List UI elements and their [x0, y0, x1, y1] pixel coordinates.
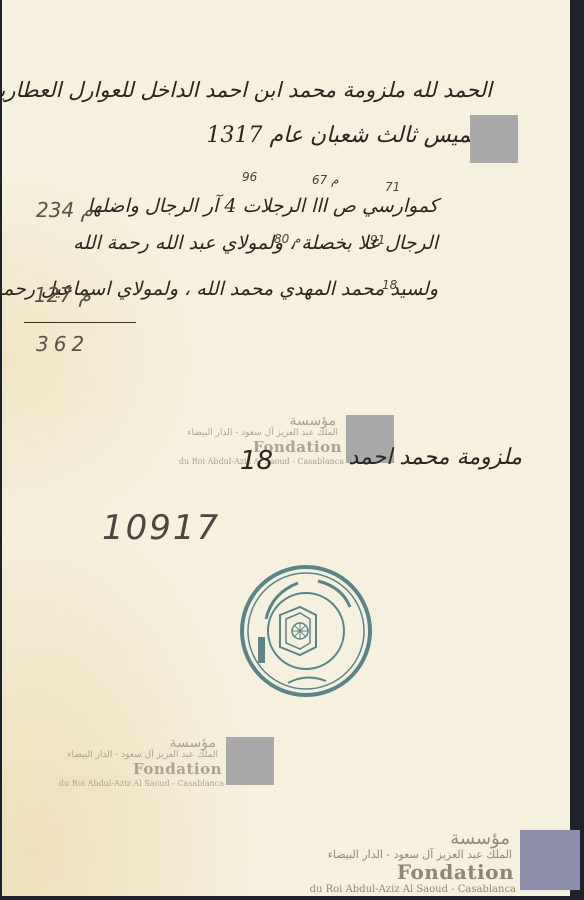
foundation-logo-icon	[226, 737, 274, 785]
watermark	[414, 113, 518, 173]
foundation-logo-icon	[470, 115, 518, 163]
watermark-corner: مؤسسة الملك عبد العزيز آل سعود - الدار ا…	[318, 828, 580, 898]
body-line-1: كموارسي ص ااا الرجلات 4 آر الرجال واضلها	[87, 195, 438, 217]
inventory-number: 10917	[102, 508, 220, 548]
margin-number-2: 127 م	[34, 283, 91, 307]
margin-number-1: 234 م	[36, 198, 93, 222]
signature-line: ملزومة محمد احمد	[348, 445, 522, 470]
foundation-logo-icon	[520, 830, 580, 890]
margin-total: 362	[36, 332, 89, 356]
signature-number: 18	[240, 446, 273, 476]
document-page: الحمد لله ملزومة محمد ابن احمد الداخل لل…	[2, 0, 570, 896]
header-line-1: الحمد لله ملزومة محمد ابن احمد الداخل لل…	[0, 78, 492, 102]
body-line-2: الرجال غلا بخصلة ، ولمولاي عبد الله رحمة…	[73, 232, 438, 254]
superscript: 96	[242, 170, 257, 184]
watermark: مؤسسة الملك عبد العزيز آل سعود - الدار ا…	[64, 735, 274, 795]
superscript: 67 م	[312, 173, 339, 187]
sum-rule	[24, 322, 136, 323]
superscript: 71	[385, 180, 400, 194]
seal-stamp-icon	[238, 563, 374, 699]
